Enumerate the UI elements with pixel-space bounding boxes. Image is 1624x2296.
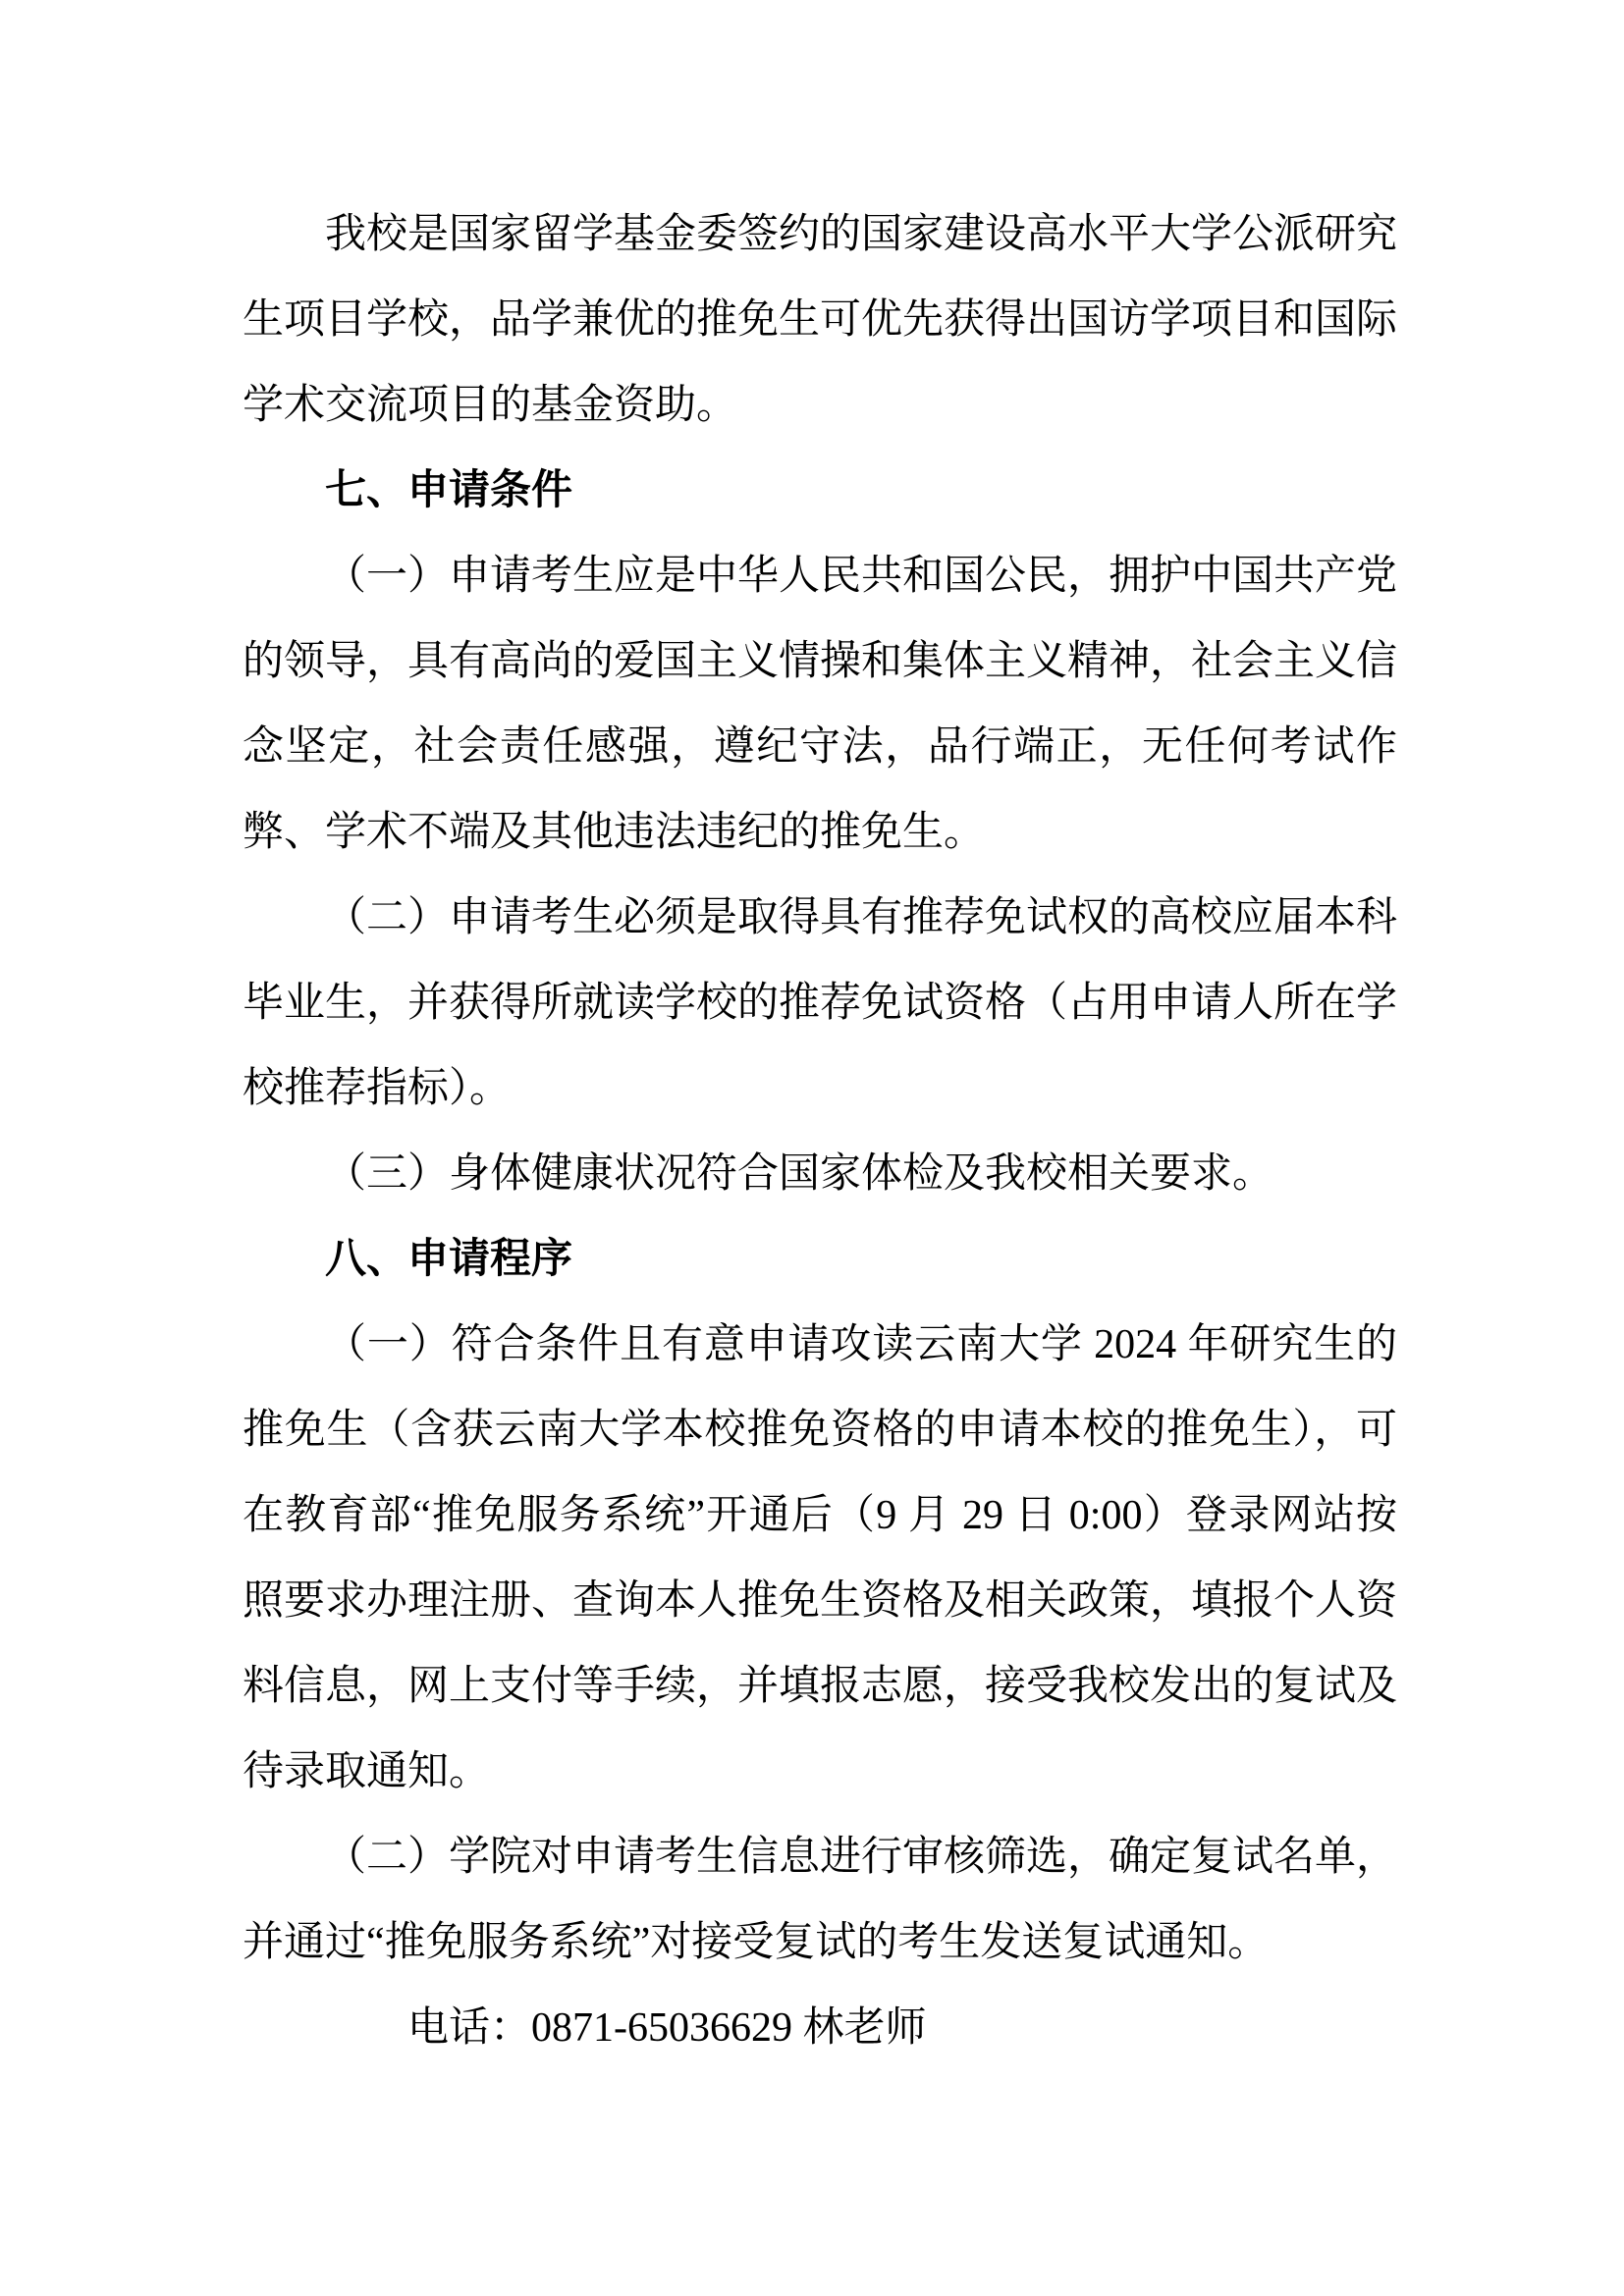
document-page: 我校是国家留学基金委签约的国家建设高水平大学公派研究生项目学校，品学兼优的推免生… — [0, 0, 1624, 2296]
section-7-item-1: （一）申请考生应是中华人民共和国公民，拥护中国共产党的领导，具有高尚的爱国主义情… — [243, 534, 1397, 876]
section-8-item-1: （一）符合条件且有意申请攻读云南大学 2024 年研究生的推免生（含获云南大学本… — [243, 1303, 1397, 1815]
section-7-item-2: （二）申请考生必须是取得具有推荐免试权的高校应届本科毕业生，并获得所就读学校的推… — [243, 876, 1397, 1132]
section-8-heading: 八、申请程序 — [243, 1217, 1397, 1303]
section-8-item-2: （二）学院对申请考生信息进行审核筛选，确定复试名单，并通过“推免服务系统”对接受… — [243, 1815, 1397, 1986]
intro-paragraph: 我校是国家留学基金委签约的国家建设高水平大学公派研究生项目学校，品学兼优的推免生… — [243, 192, 1397, 449]
section-7-heading: 七、申请条件 — [243, 449, 1397, 534]
contact-line: 电话：0871-65036629 林老师 — [243, 1986, 1397, 2071]
section-7-item-3: （三）身体健康状况符合国家体检及我校相关要求。 — [243, 1132, 1397, 1217]
